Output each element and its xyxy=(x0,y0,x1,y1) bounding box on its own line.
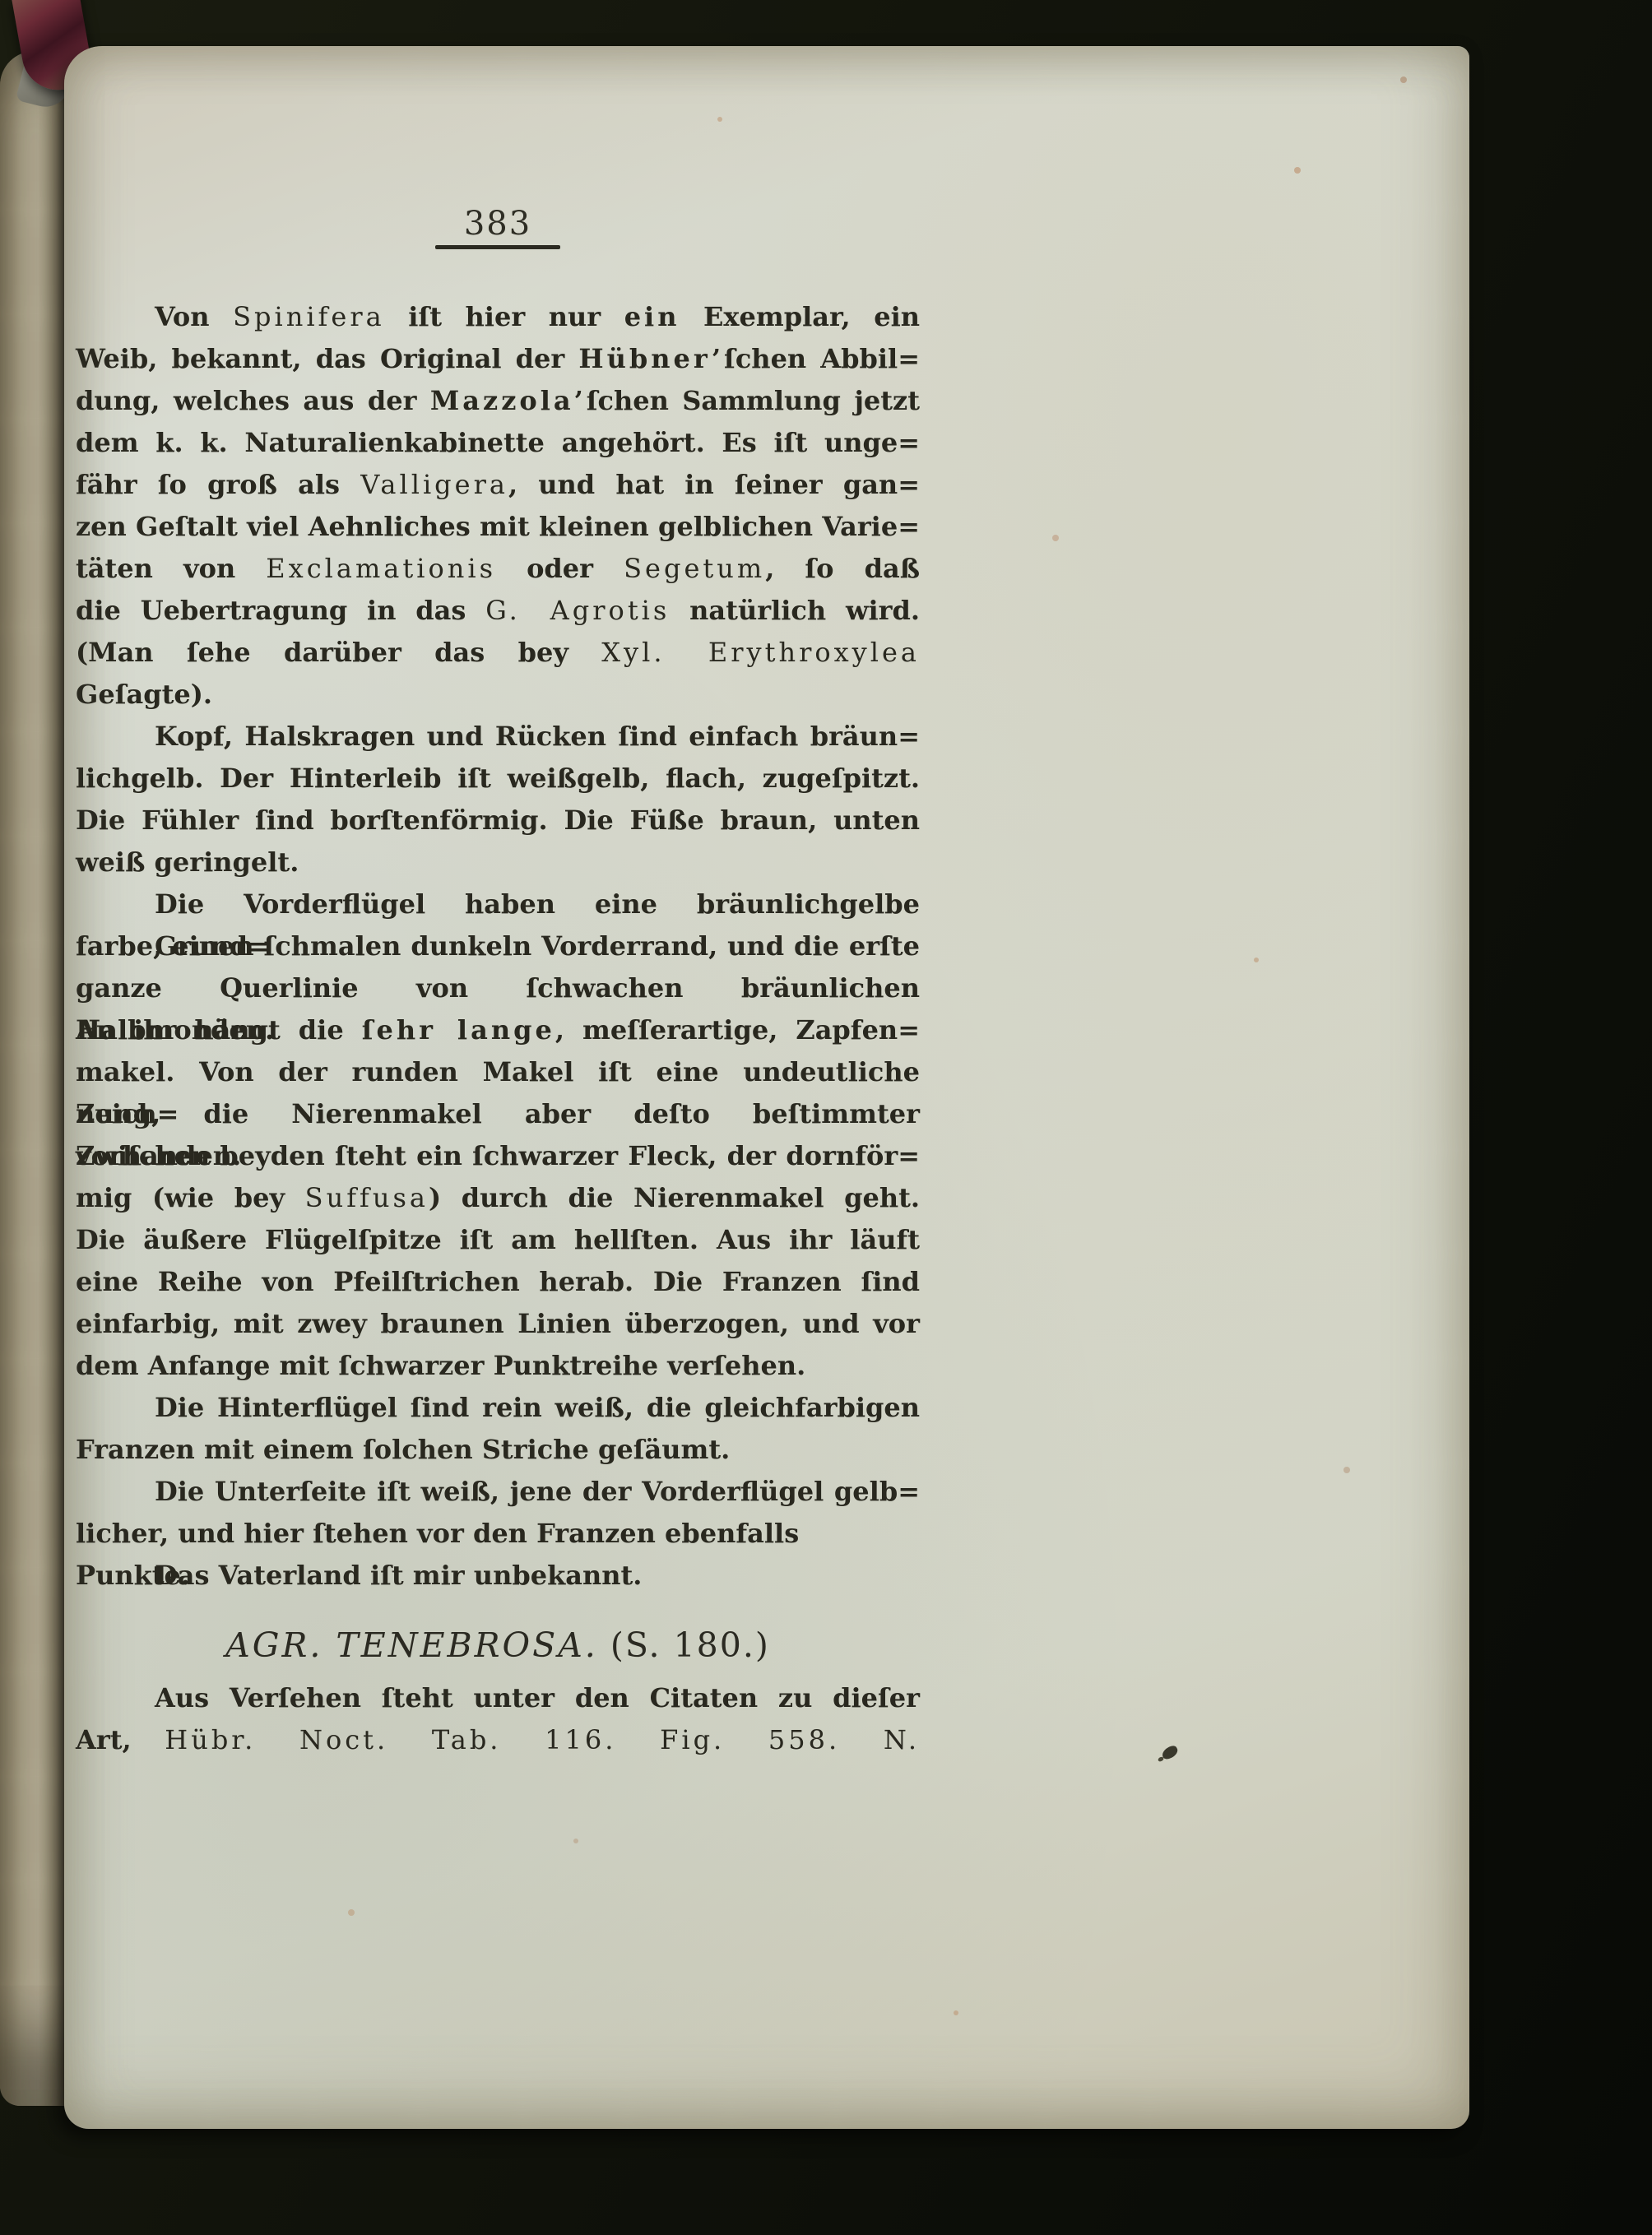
text-segment: Hübner’ xyxy=(578,343,724,374)
text-segment: (Man ſehe darüber das bey xyxy=(76,637,601,668)
ink-speck xyxy=(1160,1744,1180,1761)
text-segment: Exemplar, ein xyxy=(680,301,920,332)
text-segment: ſchen Sammlung jetzt xyxy=(587,385,920,416)
text-segment: An ihr hängt die xyxy=(76,1014,362,1046)
text-segment: Kopf, Halskragen und Rücken ſind einfach… xyxy=(155,721,920,752)
text-line: Aus Verſehen ſteht unter den Citaten zu … xyxy=(76,1677,920,1719)
text-line: weiß geringelt. xyxy=(76,842,920,883)
text-line: Zwiſchen beyden ſteht ein ſchwarzer Flec… xyxy=(76,1135,920,1177)
text-segment: Die äußere Flügelſpitze iſt am hellſten.… xyxy=(76,1224,920,1255)
page-number: 383 xyxy=(76,206,920,242)
text-segment: iſt hier nur xyxy=(385,301,624,332)
text-segment: Aus Verſehen ſteht unter den Citaten zu … xyxy=(155,1682,920,1713)
text-line: (Man ſehe darüber das bey Xyl. Erythroxy… xyxy=(76,632,920,674)
text-line: Die Unterſeite iſt weiß, jene der Vorder… xyxy=(76,1471,920,1513)
text-segment: ſehr lange xyxy=(362,1014,555,1046)
text-line: dem Anfange mit ſchwarzer Punktreihe ver… xyxy=(76,1345,920,1387)
text-line: Das Vaterland iſt mir unbekannt. xyxy=(76,1555,920,1597)
paragraph: Die Vorderflügel haben eine bräunlichgel… xyxy=(76,883,920,1387)
foxing-spots xyxy=(64,46,67,49)
text-line: An ihr hängt die ſehr lange, meſſerartig… xyxy=(76,1009,920,1051)
text-segment: oder xyxy=(496,553,624,584)
text-line: Die Hinterflügel ſind rein weiß, die gle… xyxy=(76,1387,920,1429)
text-line: ganze Querlinie von ſchwachen bräunliche… xyxy=(76,967,920,1009)
text-column: Von Spinifera iſt hier nur ein Exemplar,… xyxy=(76,296,920,1761)
paragraph: Die Unterſeite iſt weiß, jene der Vorder… xyxy=(76,1471,920,1555)
text-line: Kopf, Halskragen und Rücken ſind einfach… xyxy=(76,716,920,758)
text-line: eine Reihe von Pfeilſtrichen herab. Die … xyxy=(76,1261,920,1303)
text-line: einfarbig, mit zwey braunen Linien überz… xyxy=(76,1303,920,1345)
paragraph: Die Hinterflügel ſind rein weiß, die gle… xyxy=(76,1387,920,1471)
species-heading: AGR. TENEBROSA. (S. 180.) xyxy=(76,1626,920,1664)
text-segment: natürlich wird. xyxy=(670,595,920,626)
text-line: Art, Hübr. Noct. Tab. 116. Fig. 558. N. xyxy=(76,1719,920,1761)
text-segment: dung, welches aus der xyxy=(76,385,430,416)
paragraph: Kopf, Halskragen und Rücken ſind einfach… xyxy=(76,716,920,883)
text-line: lichgelb. Der Hinterleib iſt weißgelb, f… xyxy=(76,758,920,800)
text-line: Die äußere Flügelſpitze iſt am hellſten.… xyxy=(76,1219,920,1261)
text-line: dem k. k. Naturalienkabinette angehört. … xyxy=(76,422,920,464)
text-segment: ) durch die Nierenmakel geht. xyxy=(429,1182,920,1213)
text-segment: die Uebertragung in das xyxy=(76,595,485,626)
text-segment: Exclamationis xyxy=(266,553,496,584)
text-segment: zen Geſtalt viel Aehnliches mit kleinen … xyxy=(76,511,920,542)
text-segment: Zwiſchen beyden ſteht ein ſchwarzer Flec… xyxy=(76,1140,920,1171)
text-segment: ein xyxy=(624,301,680,332)
text-segment: Die Fühler ſind borſtenförmig. Die Füße … xyxy=(76,805,920,836)
text-line: makel. Von der runden Makel iſt eine und… xyxy=(76,1051,920,1093)
text-segment: , ſo daß xyxy=(765,553,920,584)
text-line: fähr ſo groß als Valligera, und hat in ſ… xyxy=(76,464,920,506)
text-segment: Hübr. Noct. Tab. 116. Fig. 558. N. xyxy=(165,1724,920,1755)
text-segment: ſchen Abbil= xyxy=(724,343,920,374)
paragraph: Das Vaterland iſt mir unbekannt. xyxy=(76,1555,920,1597)
scan-background: { "page_number": "383", "decor": { "pape… xyxy=(0,0,1652,2235)
text-segment: weiß geringelt. xyxy=(76,846,299,878)
text-line: mig (wie bey Suffusa) durch die Nierenma… xyxy=(76,1177,920,1219)
text-line: farbe, einen ſchmalen dunkeln Vorderrand… xyxy=(76,925,920,967)
text-segment: Suffusa xyxy=(305,1182,429,1213)
text-segment: fähr ſo groß als xyxy=(76,469,360,500)
text-line: Franzen mit einem ſolchen Striche geſäum… xyxy=(76,1429,920,1471)
text-segment: Art, xyxy=(76,1724,165,1755)
paragraph: Aus Verſehen ſteht unter den Citaten zu … xyxy=(76,1677,920,1761)
paragraph: Von Spinifera iſt hier nur ein Exemplar,… xyxy=(76,296,920,716)
text-segment: farbe, einen ſchmalen dunkeln Vorderrand… xyxy=(76,930,920,962)
text-segment: lichgelb. Der Hinterleib iſt weißgelb, f… xyxy=(76,763,920,794)
text-line: täten von Exclamationis oder Segetum, ſo… xyxy=(76,548,920,590)
text-line: Geſagte). xyxy=(76,674,920,716)
text-segment: , meſſerartige, Zapfen= xyxy=(555,1014,920,1046)
text-line: Die Fühler ſind borſtenförmig. Die Füße … xyxy=(76,800,920,842)
text-segment: Spinifera xyxy=(233,301,385,332)
text-segment: Das Vaterland iſt mir unbekannt. xyxy=(155,1560,642,1591)
text-segment: dem Anfange mit ſchwarzer Punktreihe ver… xyxy=(76,1350,805,1381)
text-segment: Segetum xyxy=(624,553,765,584)
text-segment: Geſagte). xyxy=(76,679,212,710)
text-line: die Uebertragung in das G. Agrotis natür… xyxy=(76,590,920,632)
text-segment: Von xyxy=(155,301,233,332)
text-segment: Die Unterſeite iſt weiß, jene der Vorder… xyxy=(155,1476,920,1507)
text-line: nung, die Nierenmakel aber deſto beſtimm… xyxy=(76,1093,920,1135)
text-line: Von Spinifera iſt hier nur ein Exemplar,… xyxy=(76,296,920,338)
text-segment: eine Reihe von Pfeilſtrichen herab. Die … xyxy=(76,1266,920,1297)
text-line: zen Geſtalt viel Aehnliches mit kleinen … xyxy=(76,506,920,548)
text-segment: Valligera xyxy=(360,469,508,500)
text-segment: (S. 180.) xyxy=(598,1625,770,1665)
text-line: Die Vorderflügel haben eine bräunlichgel… xyxy=(76,883,920,925)
text-segment: AGR. TENEBROSA. xyxy=(225,1625,598,1665)
text-segment: Weib, bekannt, das Original der xyxy=(76,343,578,374)
text-segment: mig (wie bey xyxy=(76,1182,305,1213)
text-line: Weib, bekannt, das Original der Hübner’ſ… xyxy=(76,338,920,380)
text-segment: Xyl. Erythroxylea xyxy=(601,637,920,668)
text-segment: Mazzola’ xyxy=(430,385,587,416)
text-segment: täten von xyxy=(76,553,266,584)
text-line: licher, und hier ſtehen vor den Franzen … xyxy=(76,1513,920,1555)
text-segment: dem k. k. Naturalienkabinette angehört. … xyxy=(76,427,920,458)
text-segment: , und hat in ſeiner gan= xyxy=(508,469,920,500)
page-stack-edge xyxy=(0,51,69,2106)
text-segment: G. Agrotis xyxy=(485,595,670,626)
text-line: dung, welches aus der Mazzola’ſchen Samm… xyxy=(76,380,920,422)
text-segment: einfarbig, mit zwey braunen Linien überz… xyxy=(76,1308,920,1339)
text-segment: Franzen mit einem ſolchen Striche geſäum… xyxy=(76,1434,730,1465)
book-page: 383 Von Spinifera iſt hier nur ein Exemp… xyxy=(64,46,1469,2129)
page-number-block: 383 xyxy=(76,206,920,249)
text-segment: Die Hinterflügel ſind rein weiß, die gle… xyxy=(155,1392,920,1423)
page-number-rule xyxy=(435,245,560,249)
